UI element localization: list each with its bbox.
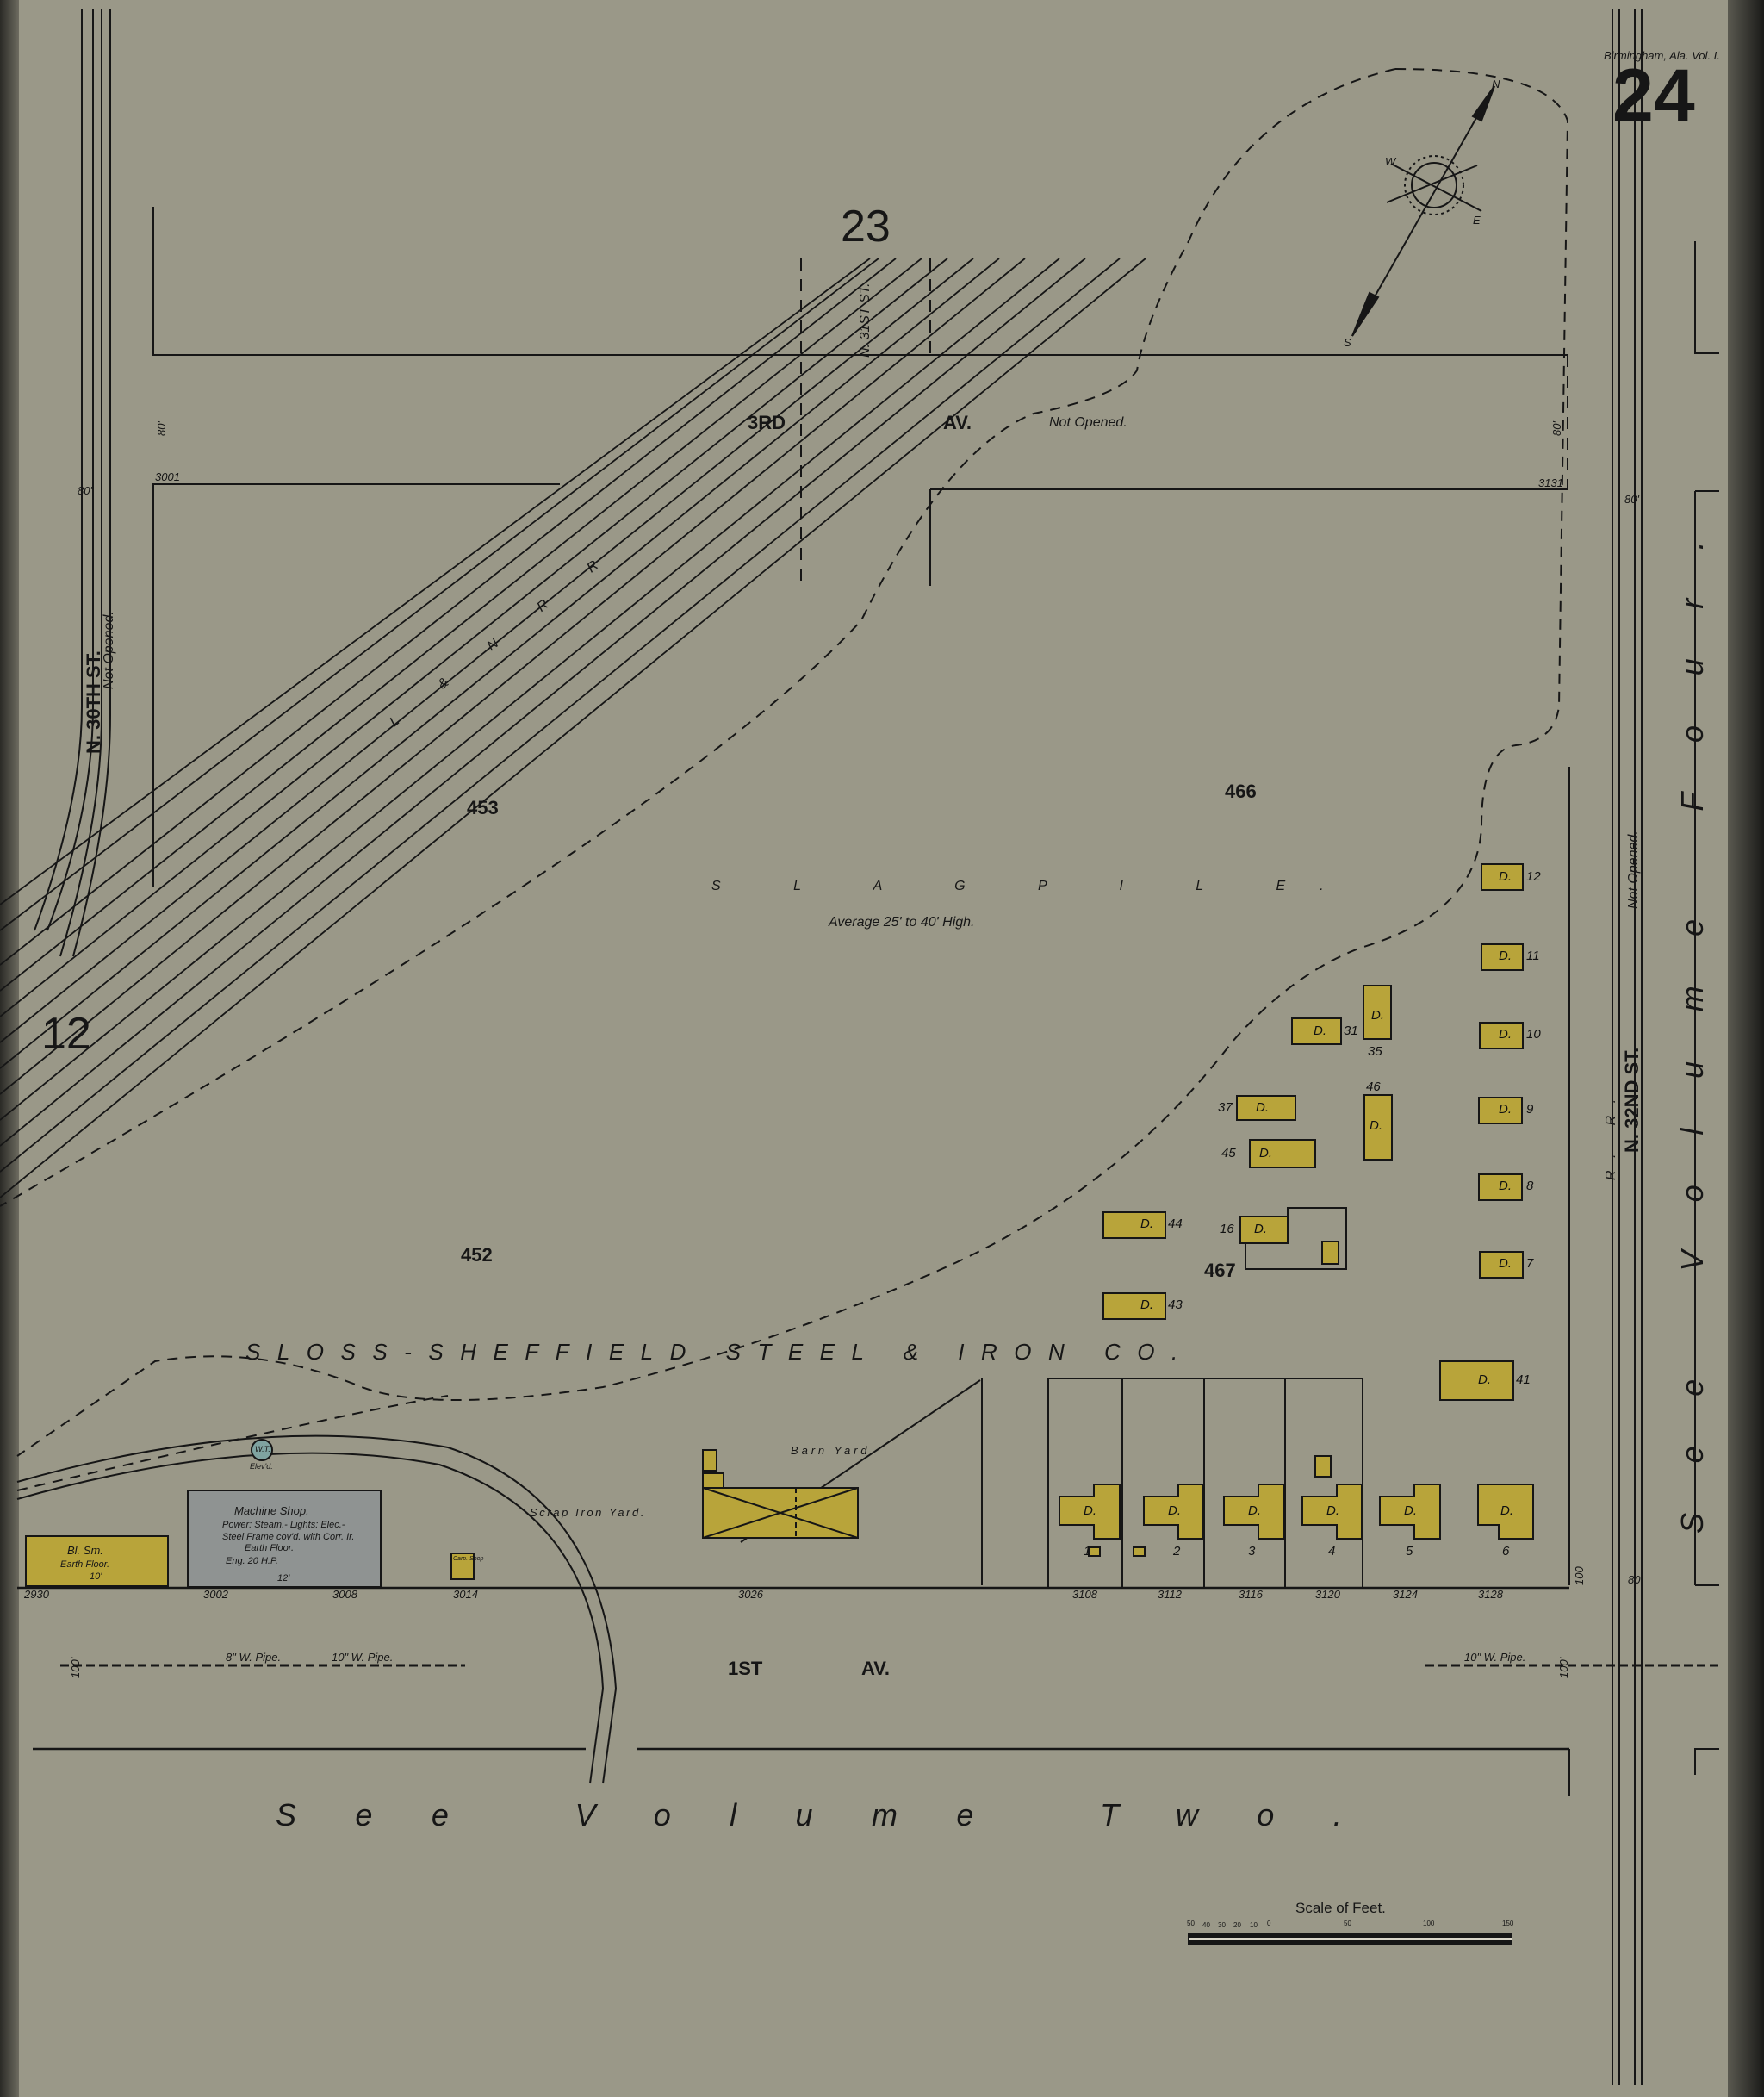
address-3026: 3026 bbox=[738, 1588, 763, 1601]
n32nd-st-label: N. 32ND ST. bbox=[1621, 1048, 1643, 1153]
third-ave-label-a: 3RD bbox=[748, 412, 786, 434]
lot-number: 3 bbox=[1248, 1544, 1255, 1559]
dwelling-d: D. bbox=[1256, 1100, 1269, 1115]
dwelling-d: D. bbox=[1326, 1503, 1339, 1518]
lot-number: 4 bbox=[1328, 1544, 1335, 1559]
compass-rose-icon bbox=[1352, 86, 1494, 336]
n32nd-width-north: 80' bbox=[1624, 493, 1639, 506]
lot-number: 2 bbox=[1173, 1544, 1180, 1559]
scale-tick: 20 bbox=[1233, 1921, 1241, 1929]
address-3116: 3116 bbox=[1239, 1588, 1263, 1601]
dwelling-number: 46 bbox=[1366, 1080, 1381, 1094]
bl-sm-floor: Earth Floor. bbox=[60, 1559, 109, 1570]
n32nd-not-opened: Not Opened. bbox=[1626, 831, 1642, 909]
address-3001: 3001 bbox=[155, 470, 180, 483]
scale-tick: 10 bbox=[1250, 1921, 1258, 1929]
address-3014: 3014 bbox=[453, 1588, 478, 1601]
dwelling-number: 44 bbox=[1168, 1217, 1183, 1231]
slag-pile-height: Average 25' to 40' High. bbox=[829, 915, 974, 930]
dwelling-d: D. bbox=[1500, 1503, 1513, 1518]
pipe-10in-label-east: 10" W. Pipe. bbox=[1464, 1651, 1525, 1664]
address-3108: 3108 bbox=[1072, 1588, 1097, 1601]
compass-east: E bbox=[1473, 214, 1481, 227]
dwelling-d: D. bbox=[1499, 869, 1512, 884]
dwelling-number: 35 bbox=[1368, 1044, 1382, 1059]
scale-tick: 150 bbox=[1502, 1920, 1513, 1927]
scale-tick: 50 bbox=[1344, 1920, 1351, 1927]
block-467[interactable]: 467 bbox=[1204, 1260, 1236, 1282]
first-ave-width-east: 100' bbox=[1557, 1658, 1570, 1678]
address-2930: 2930 bbox=[24, 1588, 49, 1601]
scale-tick: 100 bbox=[1423, 1920, 1434, 1927]
dwelling-d: D. bbox=[1140, 1297, 1153, 1312]
dwelling-d: D. bbox=[1168, 1503, 1181, 1518]
compass-south: S bbox=[1344, 336, 1351, 349]
lot-number: 6 bbox=[1502, 1544, 1509, 1559]
compass-north: N bbox=[1492, 78, 1500, 90]
page-number: 24 bbox=[1612, 53, 1695, 139]
dwelling-number: 41 bbox=[1516, 1372, 1531, 1387]
scale-tick: 0 bbox=[1267, 1920, 1270, 1927]
rr-label-right: R. R. bbox=[1604, 1087, 1619, 1180]
scrap-iron-yard-label: Scrap Iron Yard. bbox=[530, 1506, 646, 1519]
n31st-st-label: N. 31ST ST. bbox=[858, 283, 873, 358]
dwelling-d: D. bbox=[1499, 1102, 1512, 1117]
dwelling-number: 45 bbox=[1221, 1146, 1236, 1161]
dwelling-d: D. bbox=[1314, 1024, 1326, 1038]
dwelling-number: 37 bbox=[1218, 1100, 1233, 1115]
see-volume-four[interactable]: See Volume Four. bbox=[1674, 492, 1711, 1534]
barn-yard-label: Barn Yard. bbox=[791, 1444, 877, 1457]
dwelling-number: 31 bbox=[1344, 1024, 1358, 1038]
dwelling-d: D. bbox=[1084, 1503, 1096, 1518]
machine-shop-construction: Steel Frame cov'd. with Corr. Ir. bbox=[222, 1532, 355, 1542]
machine-shop-title: Machine Shop. bbox=[234, 1504, 309, 1517]
water-tank-sub: Elev'd. bbox=[250, 1462, 273, 1471]
third-ave-not-opened: Not Opened. bbox=[1049, 415, 1127, 431]
map-linework bbox=[0, 0, 1764, 2097]
slag-pile-label: S L A G P I L E. bbox=[711, 879, 1358, 894]
dwelling-number: 16 bbox=[1220, 1222, 1234, 1236]
machine-shop-engine: Eng. 20 H.P. bbox=[226, 1556, 278, 1566]
address-3008: 3008 bbox=[332, 1588, 357, 1601]
dwelling-number: 12 bbox=[1526, 869, 1541, 884]
third-ave-label-b: AV. bbox=[943, 412, 972, 434]
block-452[interactable]: 452 bbox=[461, 1244, 493, 1266]
machine-shop-height: 12' bbox=[277, 1573, 289, 1584]
block-466[interactable]: 466 bbox=[1225, 781, 1257, 803]
address-3002: 3002 bbox=[203, 1588, 228, 1601]
n30th-not-opened: Not Opened. bbox=[102, 611, 117, 689]
address-3124: 3124 bbox=[1393, 1588, 1418, 1601]
dwelling-number: 8 bbox=[1526, 1179, 1533, 1193]
see-volume-two[interactable]: See Volume Two. bbox=[276, 1797, 1401, 1833]
n30th-width: 80' bbox=[78, 484, 92, 497]
dwelling-d: D. bbox=[1404, 1503, 1417, 1518]
dwelling-number: 7 bbox=[1526, 1256, 1533, 1271]
address-3128: 3128 bbox=[1478, 1588, 1503, 1601]
dwelling-d: D. bbox=[1370, 1118, 1382, 1133]
dwelling-d: D. bbox=[1499, 1256, 1512, 1271]
scale-tick: 40 bbox=[1202, 1921, 1210, 1929]
block-453[interactable]: 453 bbox=[467, 797, 499, 819]
bl-sm-height: 10' bbox=[90, 1571, 102, 1582]
first-ave-width-west: 100' bbox=[69, 1658, 82, 1678]
dwelling-d: D. bbox=[1499, 1179, 1512, 1193]
n32nd-width-south: 80' bbox=[1628, 1573, 1643, 1586]
lot-depth: 100 bbox=[1573, 1566, 1586, 1585]
water-tank-label: W.T. bbox=[255, 1445, 270, 1453]
dwelling-d: D. bbox=[1371, 1008, 1384, 1023]
pipe-8in-label: 8" W. Pipe. bbox=[226, 1651, 281, 1664]
machine-shop-floor: Earth Floor. bbox=[245, 1543, 294, 1553]
bl-sm-title: Bl. Sm. bbox=[67, 1544, 103, 1557]
carp-shop-label: Carp. Shop bbox=[453, 1556, 483, 1562]
scale-tick: 50 bbox=[1187, 1920, 1195, 1927]
pipe-10in-label-west: 10" W. Pipe. bbox=[332, 1651, 393, 1664]
company-label: SLOSS-SHEFFIELD STEEL & IRON CO. bbox=[245, 1339, 1195, 1366]
address-3131: 3131 bbox=[1538, 476, 1563, 489]
dwelling-d: D. bbox=[1259, 1146, 1272, 1161]
lot-number: 5 bbox=[1406, 1544, 1413, 1559]
dwelling-number: 11 bbox=[1526, 949, 1540, 963]
dwelling-number: 9 bbox=[1526, 1102, 1533, 1117]
third-ave-width-west: 80' bbox=[155, 421, 168, 436]
dwelling-d: D. bbox=[1254, 1222, 1267, 1236]
adjacent-sheet-north[interactable]: 23 bbox=[841, 201, 891, 252]
scale-title: Scale of Feet. bbox=[1295, 1900, 1386, 1917]
dwelling-d: D. bbox=[1499, 949, 1512, 963]
third-ave-width-east: 80' bbox=[1550, 421, 1563, 436]
dwelling-number: 43 bbox=[1168, 1297, 1183, 1312]
machine-shop-power: Power: Steam.- Lights: Elec.- bbox=[222, 1520, 345, 1530]
dwelling-number: 10 bbox=[1526, 1027, 1541, 1042]
scale-tick: 30 bbox=[1218, 1921, 1226, 1929]
compass-west: W bbox=[1385, 155, 1395, 168]
first-ave-label-a: 1ST bbox=[728, 1658, 762, 1680]
address-3112: 3112 bbox=[1158, 1588, 1182, 1601]
map-sheet: Birmingham, Ala. Vol. I. 24 23 12 N S E … bbox=[0, 0, 1764, 2097]
address-3120: 3120 bbox=[1315, 1588, 1340, 1601]
dwelling-d: D. bbox=[1499, 1027, 1512, 1042]
adjacent-sheet-west[interactable]: 12 bbox=[41, 1008, 91, 1060]
dwelling-d: D. bbox=[1248, 1503, 1261, 1518]
dwelling-d: D. bbox=[1478, 1372, 1491, 1387]
first-ave-label-b: AV. bbox=[861, 1658, 890, 1680]
lot-number: 1 bbox=[1084, 1544, 1090, 1559]
dwelling-d: D. bbox=[1140, 1217, 1153, 1231]
